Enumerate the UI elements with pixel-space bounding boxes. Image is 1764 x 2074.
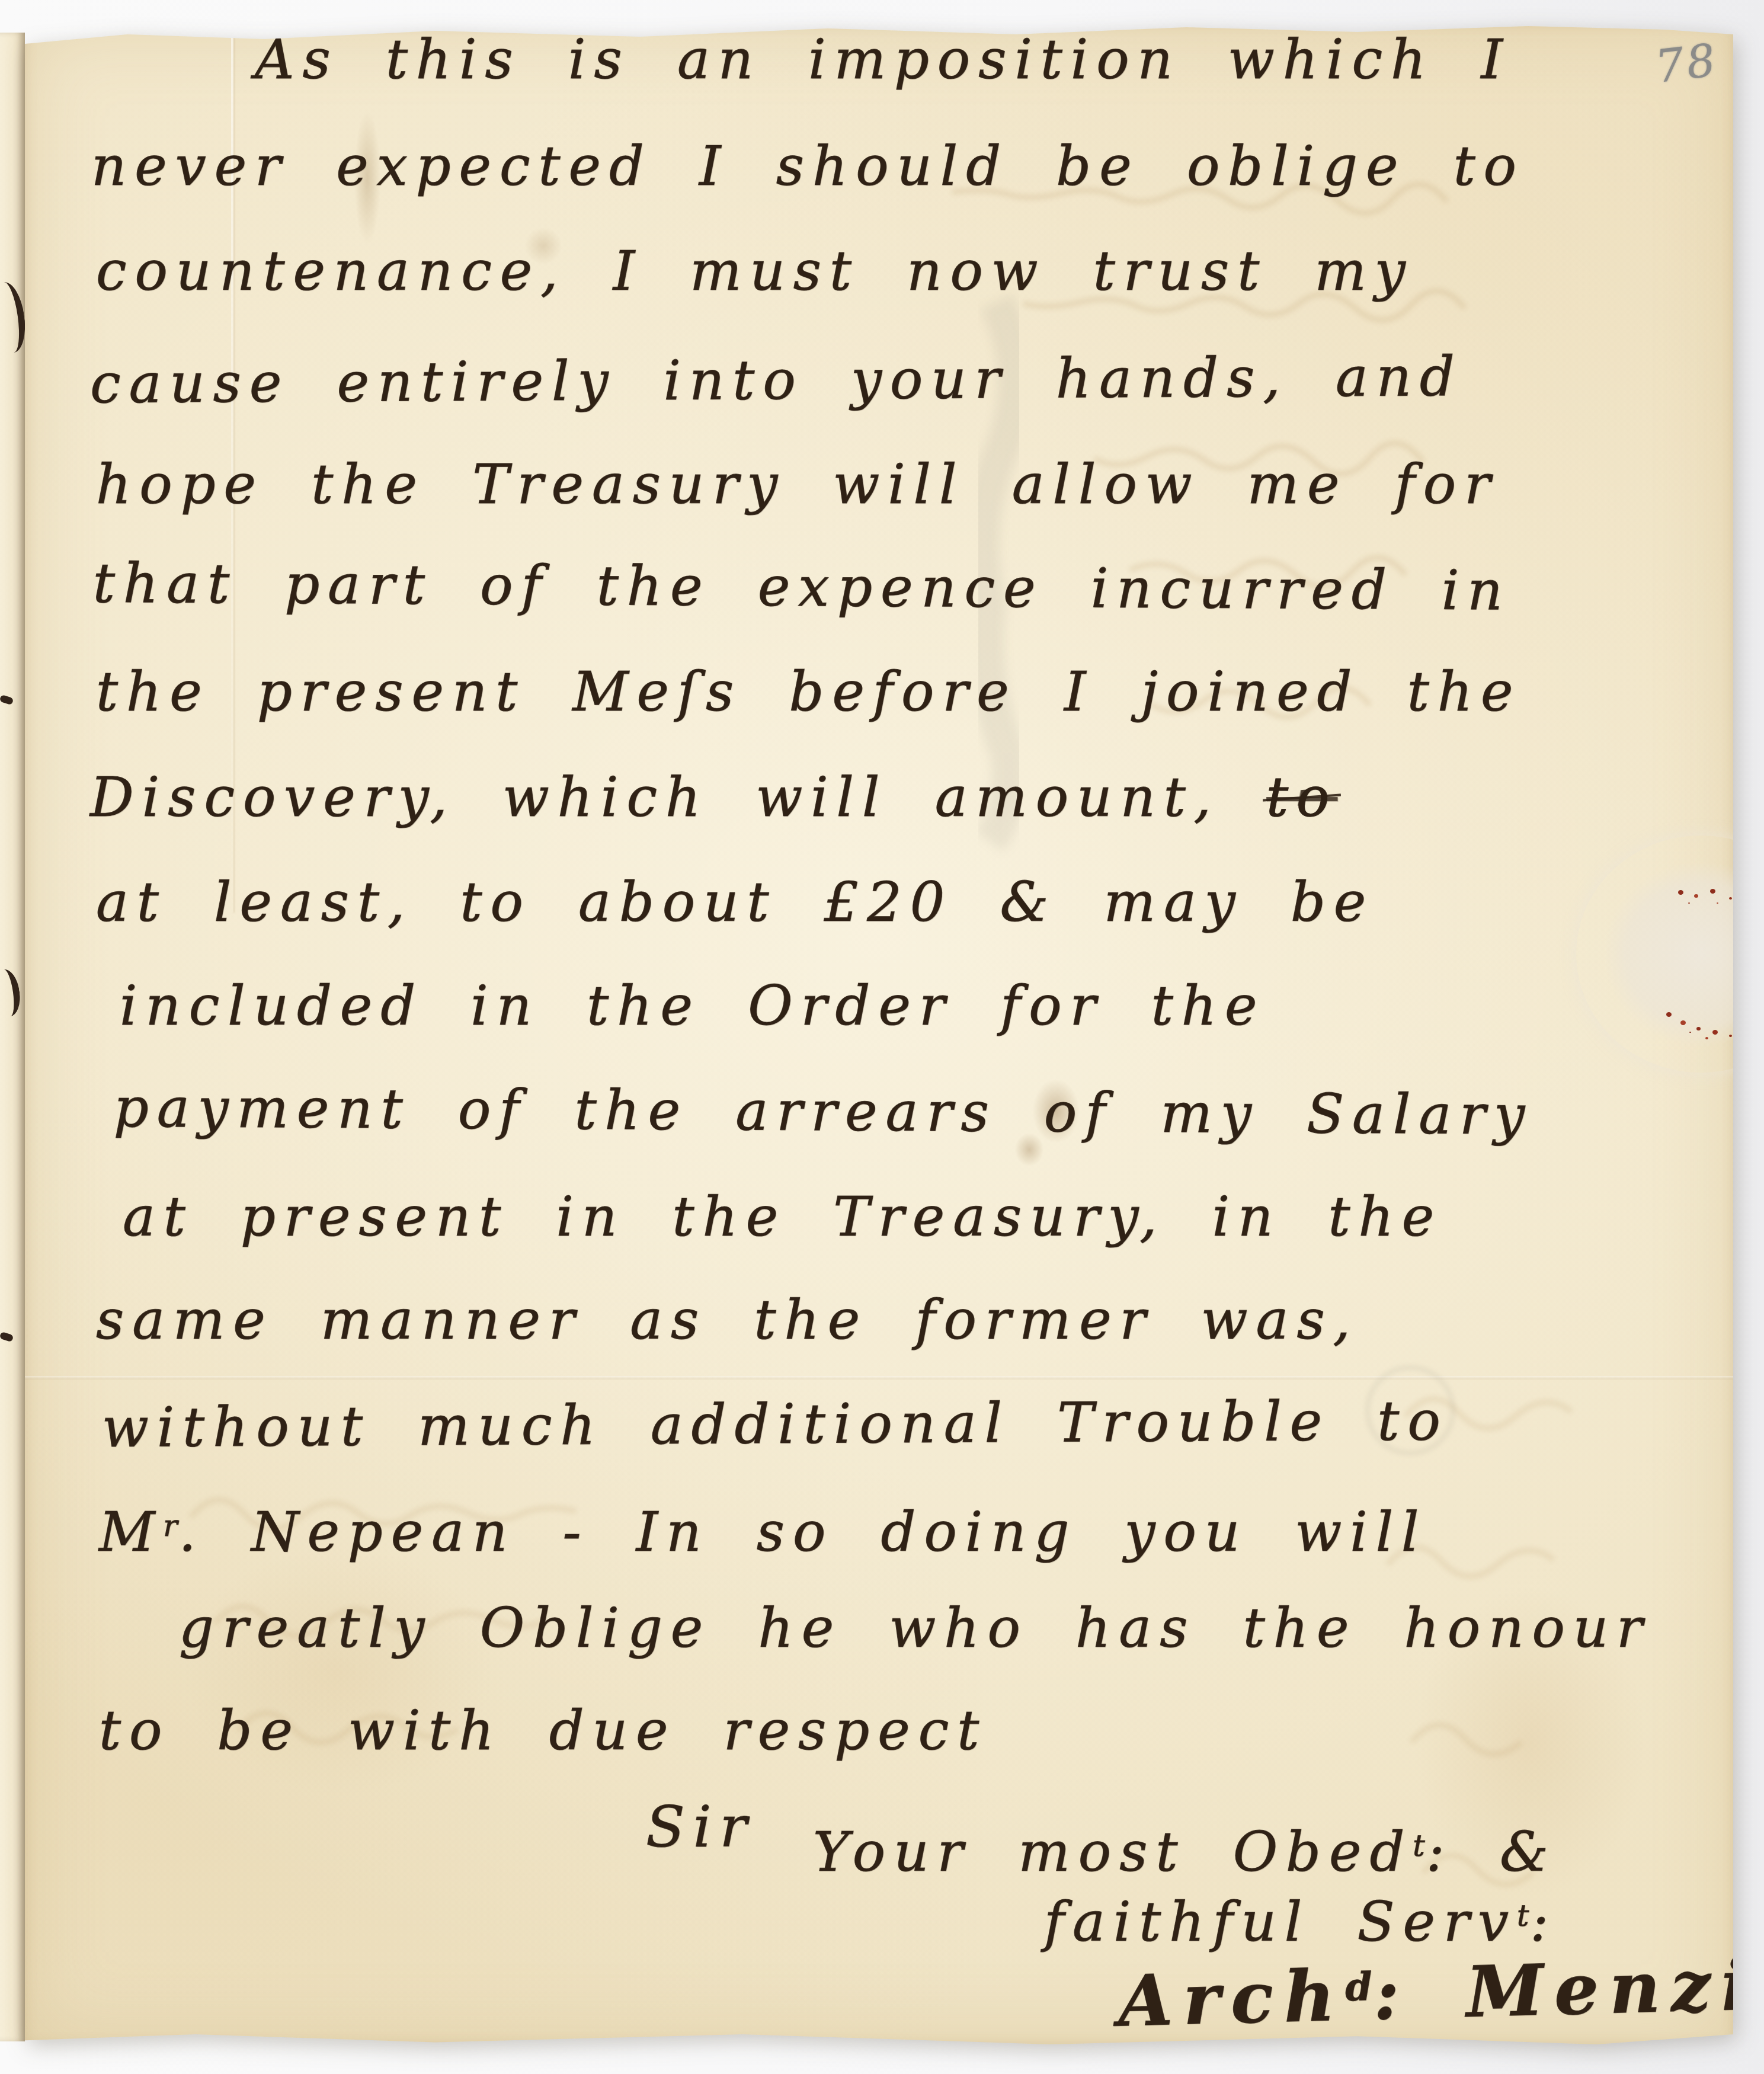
red-wax-remnants <box>1666 1012 1672 1017</box>
letter-sheet-wrapper: 78 As this is an imposition which I neve… <box>25 24 1733 2044</box>
closing-text: : <box>1530 1890 1557 1954</box>
struck-out-word: to <box>1266 766 1337 829</box>
letter-line: at least, to about £20 & may be <box>96 875 1374 930</box>
letter-line: same manner as the former was, <box>96 1293 1359 1348</box>
letter-line: at present in the Treasury, in the <box>123 1190 1442 1244</box>
letter-line: included in the Order for the <box>120 979 1265 1033</box>
closing-text: faithful Serv <box>1044 1890 1517 1954</box>
superscript: r <box>163 1508 178 1543</box>
letter-line: As this is an imposition which I <box>255 33 1511 87</box>
letter-line: greatly Oblige he who has the honour <box>179 1601 1651 1656</box>
letter-line: countenance, I must now trust my <box>96 244 1414 299</box>
letter-line: that part of the expence incurred in <box>93 556 1511 619</box>
closing-line: Your most Obedt: & <box>813 1825 1557 1880</box>
letter-line: Mr. Nepean - In so doing you will <box>99 1505 1427 1560</box>
letter-line: cause entirely into your hands, and <box>90 350 1463 411</box>
red-wax-remnants <box>1678 890 1683 895</box>
line-text: . Nepean - In so doing you will <box>178 1500 1427 1564</box>
superscript: t <box>1517 1898 1530 1933</box>
line-text: M <box>99 1500 163 1564</box>
letter-page: 78 As this is an imposition which I neve… <box>25 24 1733 2044</box>
letter-line: the present Meſs before I joined the <box>96 665 1521 719</box>
adjacent-page-edge <box>0 33 25 2041</box>
closing-text: Your most Obed <box>813 1820 1413 1884</box>
cut-off-ink-mark <box>0 1332 14 1342</box>
letter-line: without much additional Trouble to <box>102 1394 1449 1455</box>
superscript: t <box>1413 1828 1426 1863</box>
seal-abrasion-patch <box>1576 836 1764 1073</box>
signature-text: : Menzies <box>1372 1941 1764 2036</box>
letter-line: never expected I should be oblige to <box>91 139 1525 194</box>
signature: Archd: Menzies <box>1118 1947 1764 2037</box>
letter-line: hope the Treasury will allow me for <box>96 457 1499 512</box>
closing-line: faithful Servt: <box>1044 1895 1557 1950</box>
letter-line: to be with due respect <box>99 1704 987 1758</box>
photograph-of-letter: { "document": { "kind": "handwritten let… <box>0 0 1764 2074</box>
closing-salutation: Sir <box>646 1798 755 1855</box>
pencil-folio-number: 78 <box>1653 33 1721 93</box>
letter-line: payment of the arrears of my Salary <box>114 1081 1534 1143</box>
cut-off-ink-mark <box>0 694 14 705</box>
line-text: Discovery, which will amount, <box>90 766 1219 829</box>
letter-line: Discovery, which will amount, to <box>90 770 1337 825</box>
signature-text: Arch <box>1117 1954 1346 2042</box>
cut-off-ink-mark <box>0 968 23 1017</box>
superscript: d <box>1344 1964 1374 2010</box>
closing-text: : & <box>1426 1820 1557 1884</box>
horizontal-fold <box>25 1376 1733 1380</box>
